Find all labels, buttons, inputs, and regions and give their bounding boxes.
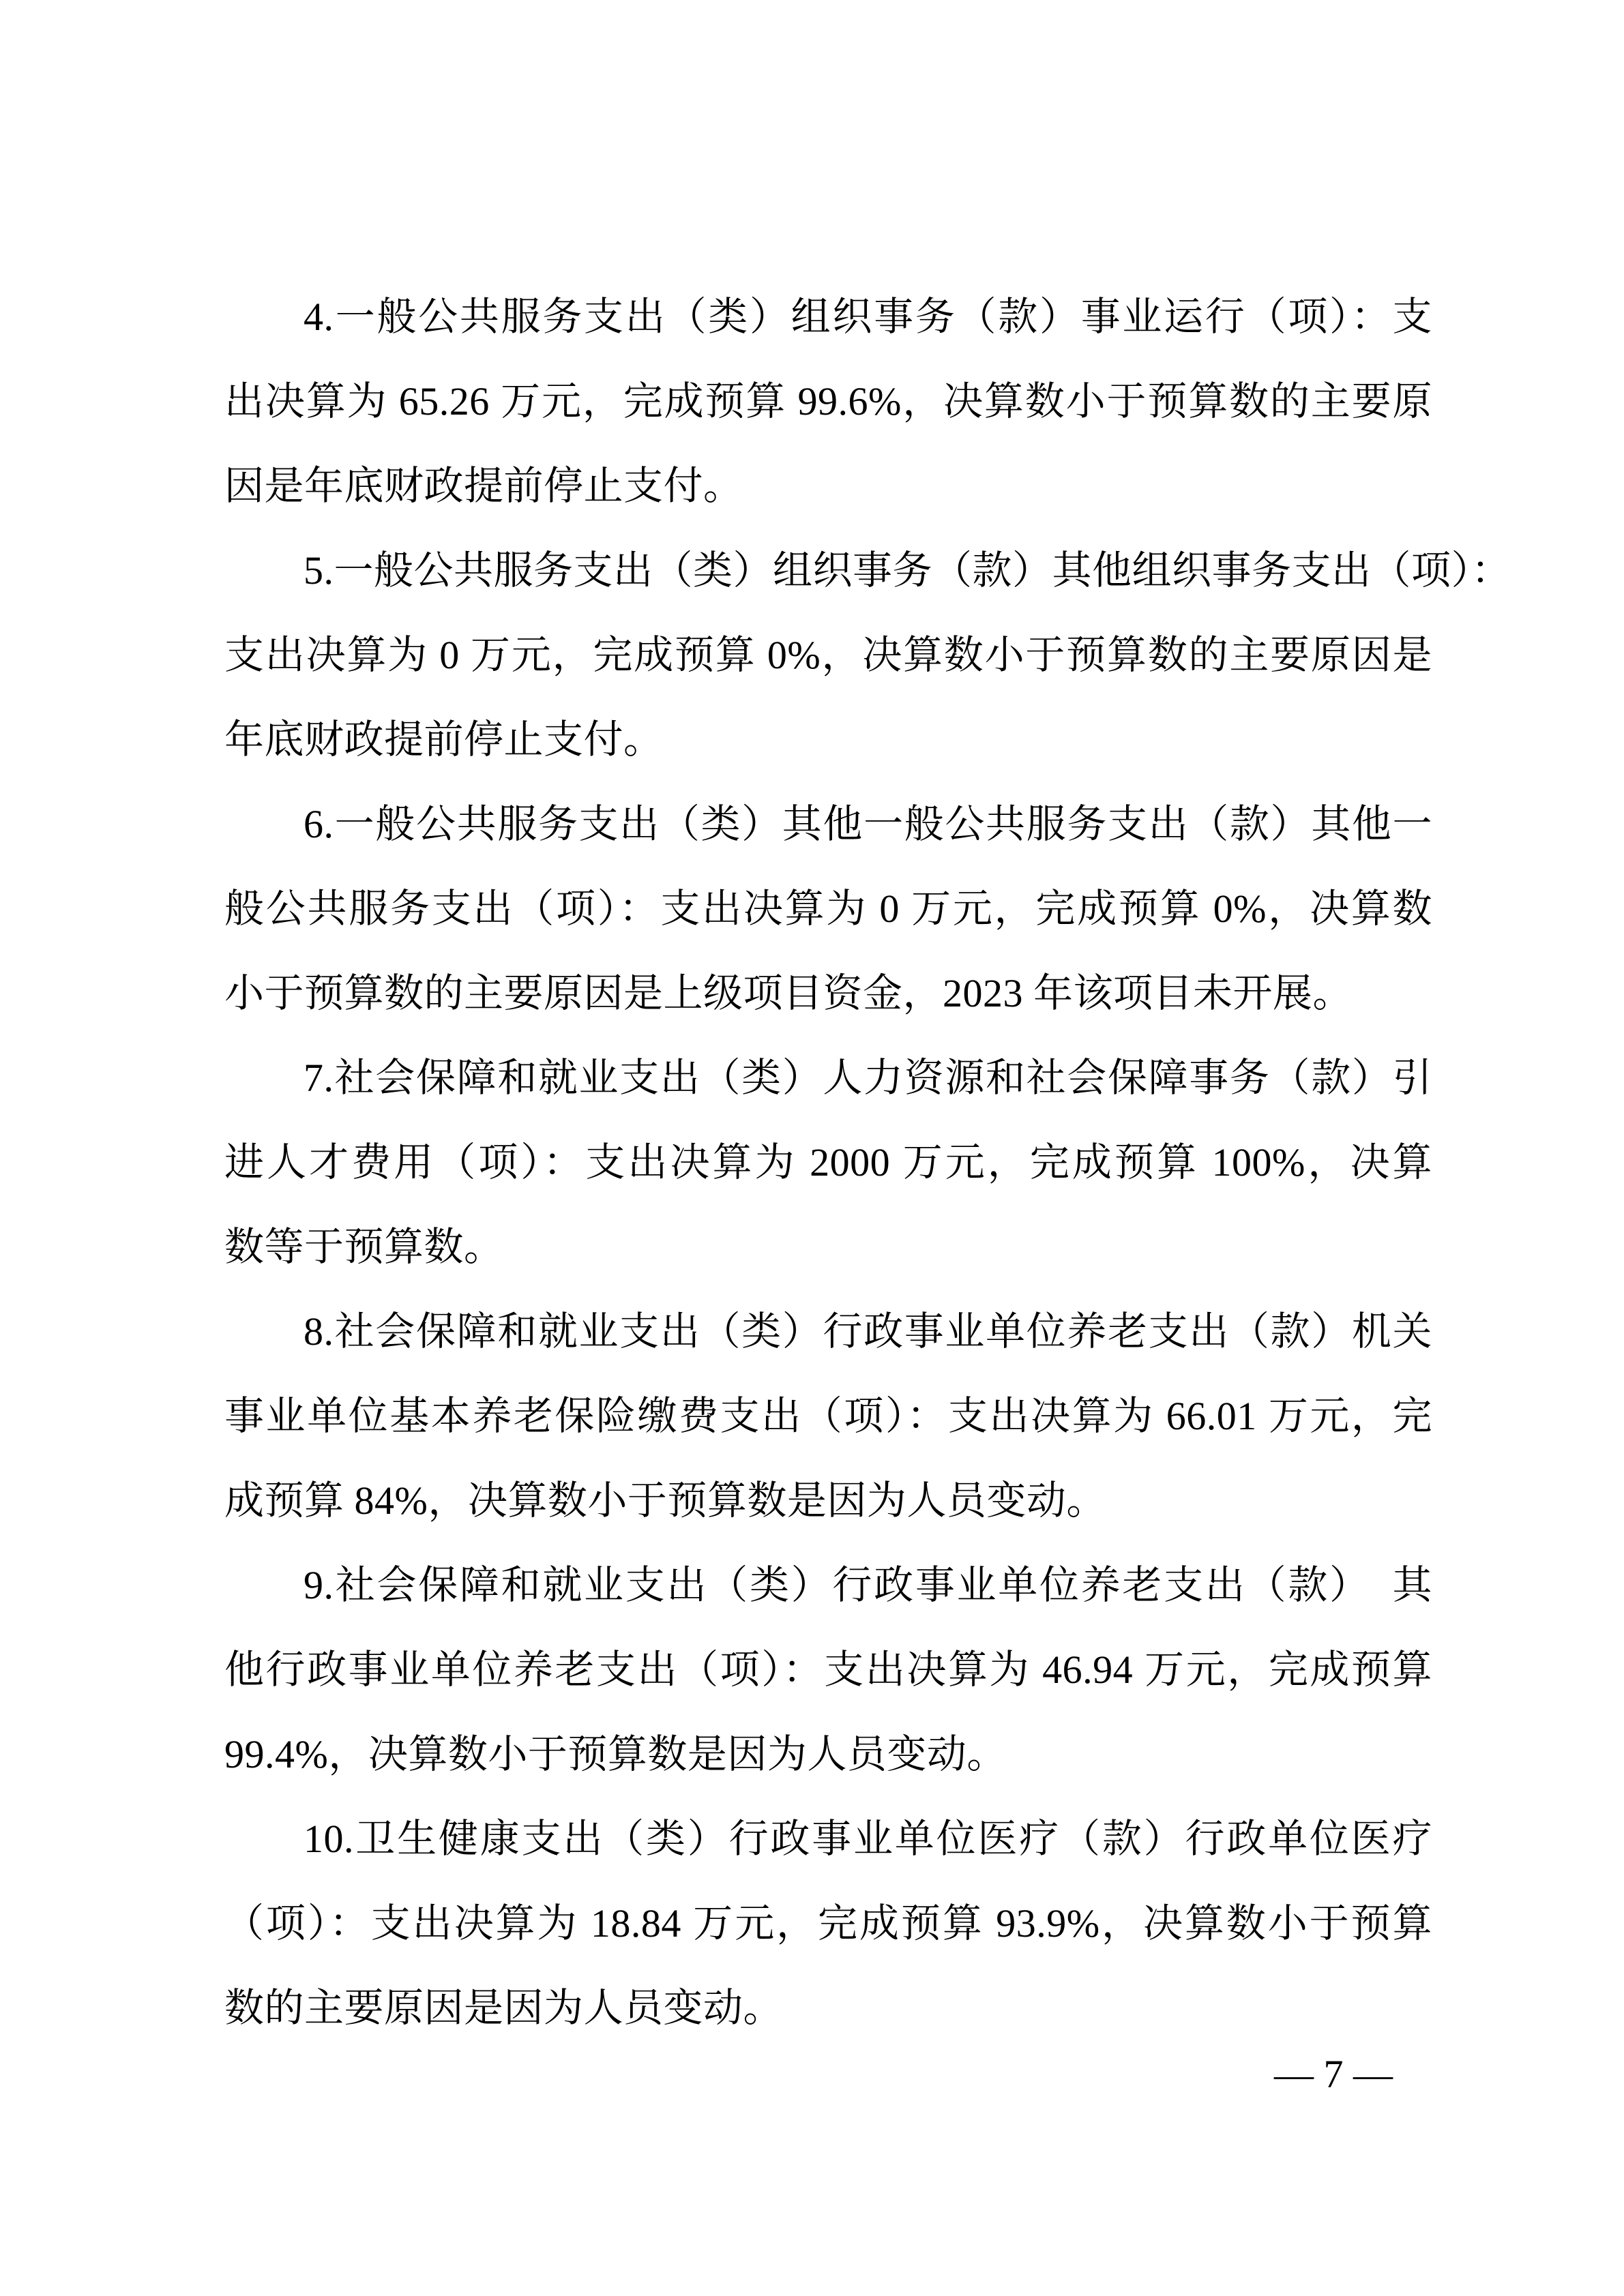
paragraph-item-10: 10.卫生健康支出（类）行政事业单位医疗（款）行政单位医疗 （项）：支出决算为 … [224, 1797, 1432, 2051]
paragraph-line: 般公共服务支出（项）：支出决算为 0 万元，完成预算 0%，决算数 [224, 867, 1432, 951]
paragraph-line: 因是年底财政提前停止支付。 [224, 444, 1432, 528]
paragraph-line: 小于预算数的主要原因是上级项目资金，2023 年该项目未开展。 [224, 951, 1432, 1036]
paragraph-line: 6.一般公共服务支出（类）其他一般公共服务支出（款）其他一 [224, 782, 1432, 867]
paragraph-item-4: 4.一般公共服务支出（类）组织事务（款）事业运行（项）：支 出决算为 65.26… [224, 275, 1432, 528]
paragraph-line: 年底财政提前停止支付。 [224, 698, 1432, 782]
paragraph-item-9: 9.社会保障和就业支出（类）行政事业单位养老支出（款） 其 他行政事业单位养老支… [224, 1543, 1432, 1797]
paragraph-line: 支出决算为 0 万元，完成预算 0%，决算数小于预算数的主要原因是 [224, 613, 1432, 698]
paragraph-line: 他行政事业单位养老支出（项）：支出决算为 46.94 万元，完成预算 [224, 1628, 1432, 1712]
paragraph-line: 9.社会保障和就业支出（类）行政事业单位养老支出（款） 其 [224, 1543, 1432, 1628]
paragraph-line: 99.4%，决算数小于预算数是因为人员变动。 [224, 1712, 1432, 1797]
paragraph-line: 出决算为 65.26 万元，完成预算 99.6%，决算数小于预算数的主要原 [224, 359, 1432, 444]
paragraph-line: 8.社会保障和就业支出（类）行政事业单位养老支出（款）机关 [224, 1289, 1432, 1374]
paragraph-item-5: 5.一般公共服务支出（类）组织事务（款）其他组织事务支出（项）： 支出决算为 0… [224, 528, 1432, 782]
paragraph-line: 进人才费用（项）：支出决算为 2000 万元，完成预算 100%，决算 [224, 1120, 1432, 1205]
page-number: — 7 — [1274, 2039, 1383, 2110]
paragraph-line: 7.社会保障和就业支出（类）人力资源和社会保障事务（款）引 [224, 1036, 1432, 1120]
paragraph-line: 数等于预算数。 [224, 1205, 1432, 1289]
paragraph-line: 5.一般公共服务支出（类）组织事务（款）其他组织事务支出（项）： [224, 528, 1432, 613]
paragraph-line: （项）：支出决算为 18.84 万元，完成预算 93.9%，决算数小于预算 [224, 1881, 1432, 1966]
paragraph-item-7: 7.社会保障和就业支出（类）人力资源和社会保障事务（款）引 进人才费用（项）：支… [224, 1036, 1432, 1289]
paragraph-line: 成预算 84%，决算数小于预算数是因为人员变动。 [224, 1459, 1432, 1543]
paragraph-item-8: 8.社会保障和就业支出（类）行政事业单位养老支出（款）机关 事业单位基本养老保险… [224, 1289, 1432, 1543]
paragraph-line: 数的主要原因是因为人员变动。 [224, 1966, 1432, 2051]
document-page: 4.一般公共服务支出（类）组织事务（款）事业运行（项）：支 出决算为 65.26… [0, 0, 1624, 2296]
paragraph-line: 10.卫生健康支出（类）行政事业单位医疗（款）行政单位医疗 [224, 1797, 1432, 1881]
paragraph-line: 事业单位基本养老保险缴费支出（项）：支出决算为 66.01 万元，完 [224, 1374, 1432, 1459]
paragraph-line: 4.一般公共服务支出（类）组织事务（款）事业运行（项）：支 [224, 275, 1432, 359]
document-body: 4.一般公共服务支出（类）组织事务（款）事业运行（项）：支 出决算为 65.26… [224, 275, 1432, 2051]
paragraph-item-6: 6.一般公共服务支出（类）其他一般公共服务支出（款）其他一 般公共服务支出（项）… [224, 782, 1432, 1036]
